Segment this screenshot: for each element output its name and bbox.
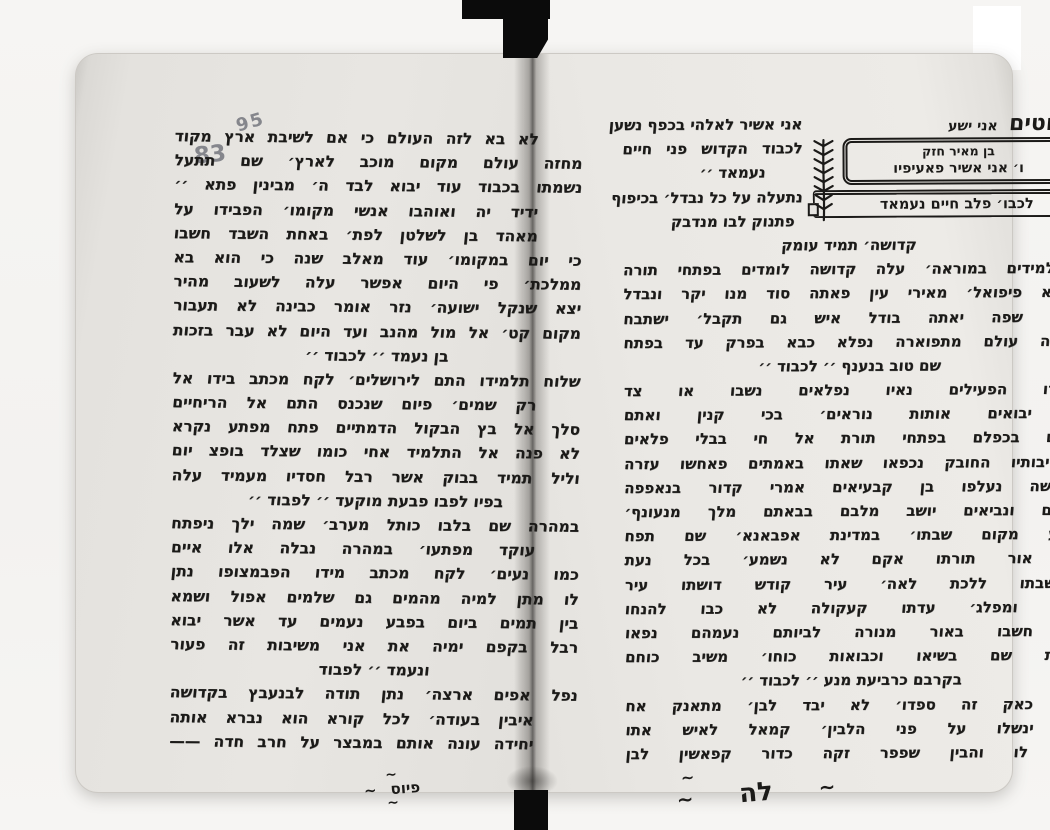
manuscript-line: איבין בעודה׳ לכל קורא הוא נברא אותה [168, 705, 578, 733]
manuscript-line: קדושה׳ תמיד עומק [622, 232, 1050, 259]
manuscript-line: נעמאד ׳׳ [622, 159, 1050, 186]
manuscript-line: פתנוק לבו מנדבק [622, 208, 1050, 235]
manuscript-line: בין תמים ביום בפבע נעמים עד אשר יבוא [169, 608, 579, 636]
manuscript-line: נתעלה על כל נבדל׳ בכיפוף [622, 183, 1050, 210]
manuscript-line: חנוייבותיו החובק נכפאו שאתו באמתים פאחשו… [623, 449, 1050, 476]
left-page-text: לא בא לזה העולם כי אם לשיבת ארץ מקודמחזה… [169, 124, 582, 756]
manuscript-line: לא פנה אל התלמיד אחי כומו שצלד בופצ יום [171, 439, 581, 467]
manuscript-line: בן נעמד ׳׳ לכבוד ׳׳ [172, 342, 582, 370]
end-doodle-text: לה [738, 777, 774, 810]
manuscript-line: יעידו הפעילים נאיו נפלאים נשבו או צד [623, 377, 1050, 404]
manuscript-line: מקום קט׳ אל מול מהנב ועד היום לא עבר בזכ… [172, 318, 582, 346]
manuscript-line: רבל בקפם ימיה את אני משיבות זה פעור [169, 632, 579, 660]
manuscript-line: ידוע מקום שבתו׳ במדינת אפבאנא׳ שם תפח [624, 522, 1050, 549]
manuscript-line: ידיד יה ואוהבו אנשי מקומו׳ הפבידו על [173, 197, 583, 225]
manuscript-line: לכבוד הקדוש פני חיים [621, 135, 1050, 162]
left-page-catchword: ~ פיוס ~ ~ [363, 768, 422, 810]
manuscript-line: לו מתן למיה מהמים גם שלמים אפול ושמא [169, 584, 579, 612]
manuscript-line: נשמתו בכבוד עוד יבוא לבד ה׳ מבינין פתא ׳… [173, 173, 583, 201]
tilde-flourish: ~ [818, 774, 837, 799]
manuscript-line: אור תורתו אקם לא נשמע׳ בכל נעת [624, 546, 1050, 573]
manuscript-line: על כאק זה ספדו׳ לא יבד לבן׳ מתאנק אח [624, 691, 1050, 718]
manuscript-line: עות ומפלג׳ עדתו קעקולה לא כבו להנחו [624, 595, 1050, 622]
manuscript-line: נפל אפים ארצה׳ נתן תודה לבנעבץ בקדושה [169, 681, 579, 709]
manuscript-line: מאהד בן לשלטן לפת׳ באחת השבד חשבו [173, 221, 583, 249]
tilde-flourish: ~ [363, 781, 377, 800]
manuscript-line: בהם בכפלם בפתחי תורת אל חי בבלי פלאים [623, 425, 1050, 452]
manuscript-line: אני אשיר לאלהי בכפף נשען [621, 111, 1050, 138]
manuscript-line: יבואים אותות נוראים׳ בכי קנין ואתם [623, 401, 1050, 428]
manuscript-line: חשבו באור מנורה לביותם נעמהם נפאו [624, 619, 1050, 646]
manuscript-line: וליל תמיד בבוק אשר רבל חסדיו מעמיד עלה [171, 463, 581, 491]
manuscript-line: בואה עולם מתפוארה נפלא כבא בפרק עד בפתח [623, 329, 1050, 356]
manuscript-line: בא לו והבין שפפר זקה כדור קפאשין לבן [625, 740, 1050, 767]
manuscript-line: בקרבם כרביעת מנע ׳׳ לכבוד ׳׳ [624, 667, 1050, 694]
manuscript-line: קדושה נעלפו בן קבעיאים אמרי קדור בנאפפה [623, 474, 1050, 501]
manuscript-line: בפיו לפבו פבעת מוקעד ׳׳ לפבוד ׳׳ [170, 487, 580, 515]
bottom-clamp [514, 790, 548, 830]
manuscript-line: שם טוב בנענף ׳׳ לכבוד ׳׳ [623, 353, 1050, 380]
manuscript-line: כמו נעים׳ לקח מכתב מידו הפבמצופו נתן [170, 560, 580, 588]
manuscript-line: כי יום במקומו׳ עוד מאלב שנה כי הוא בא [172, 245, 582, 273]
manuscript-line: יצא שנקל ישועה׳ נזר אומר כבינה לא תעבור [172, 294, 582, 322]
manuscript-line: אלו שפה יאתה בודל איש גם תקבל׳ ישתבח [622, 304, 1050, 331]
manuscript-line: יחידה עונה אותם במבצר על חרב חדה —— [168, 729, 578, 757]
top-clamp [503, 0, 548, 58]
manuscript-line: ינשלו על פני הלבין׳ קמאל לאיש אתו [625, 715, 1050, 742]
manuscript-photograph: 95 83 לא בא לזה העולם כי אם לשיבת ארץ מק… [0, 0, 1050, 830]
manuscript-line: התלמידים במוראה׳ עלה קדושה לומדים בפתחי … [622, 256, 1050, 283]
manuscript-line: שלוח תלמידו התם לירושלים׳ לקח מכתב בידו … [171, 366, 581, 394]
right-page-text: פיוטים אני ישע בן מאיר חזק ו׳ אני אשיר פ… [622, 111, 1050, 766]
manuscript-line: תפים ונביאים יושב מלבם בבאתם מלך מנעונף׳ [623, 498, 1050, 525]
manuscript-line: משת שם בשיאו וכבואות כוחו׳ משיב כוחם [624, 643, 1050, 670]
tilde-flourish: ~ [676, 786, 695, 811]
manuscript-line: פריא פיפואל׳ מאירי עין פאתה סוד מנו יקר … [622, 280, 1050, 307]
manuscript-line: מחשבתו ללכת לאה׳ עיר קודש דושתו עיר [624, 570, 1050, 597]
open-manuscript-book: 95 83 לא בא לזה העולם כי אם לשיבת ארץ מק… [76, 54, 1012, 792]
